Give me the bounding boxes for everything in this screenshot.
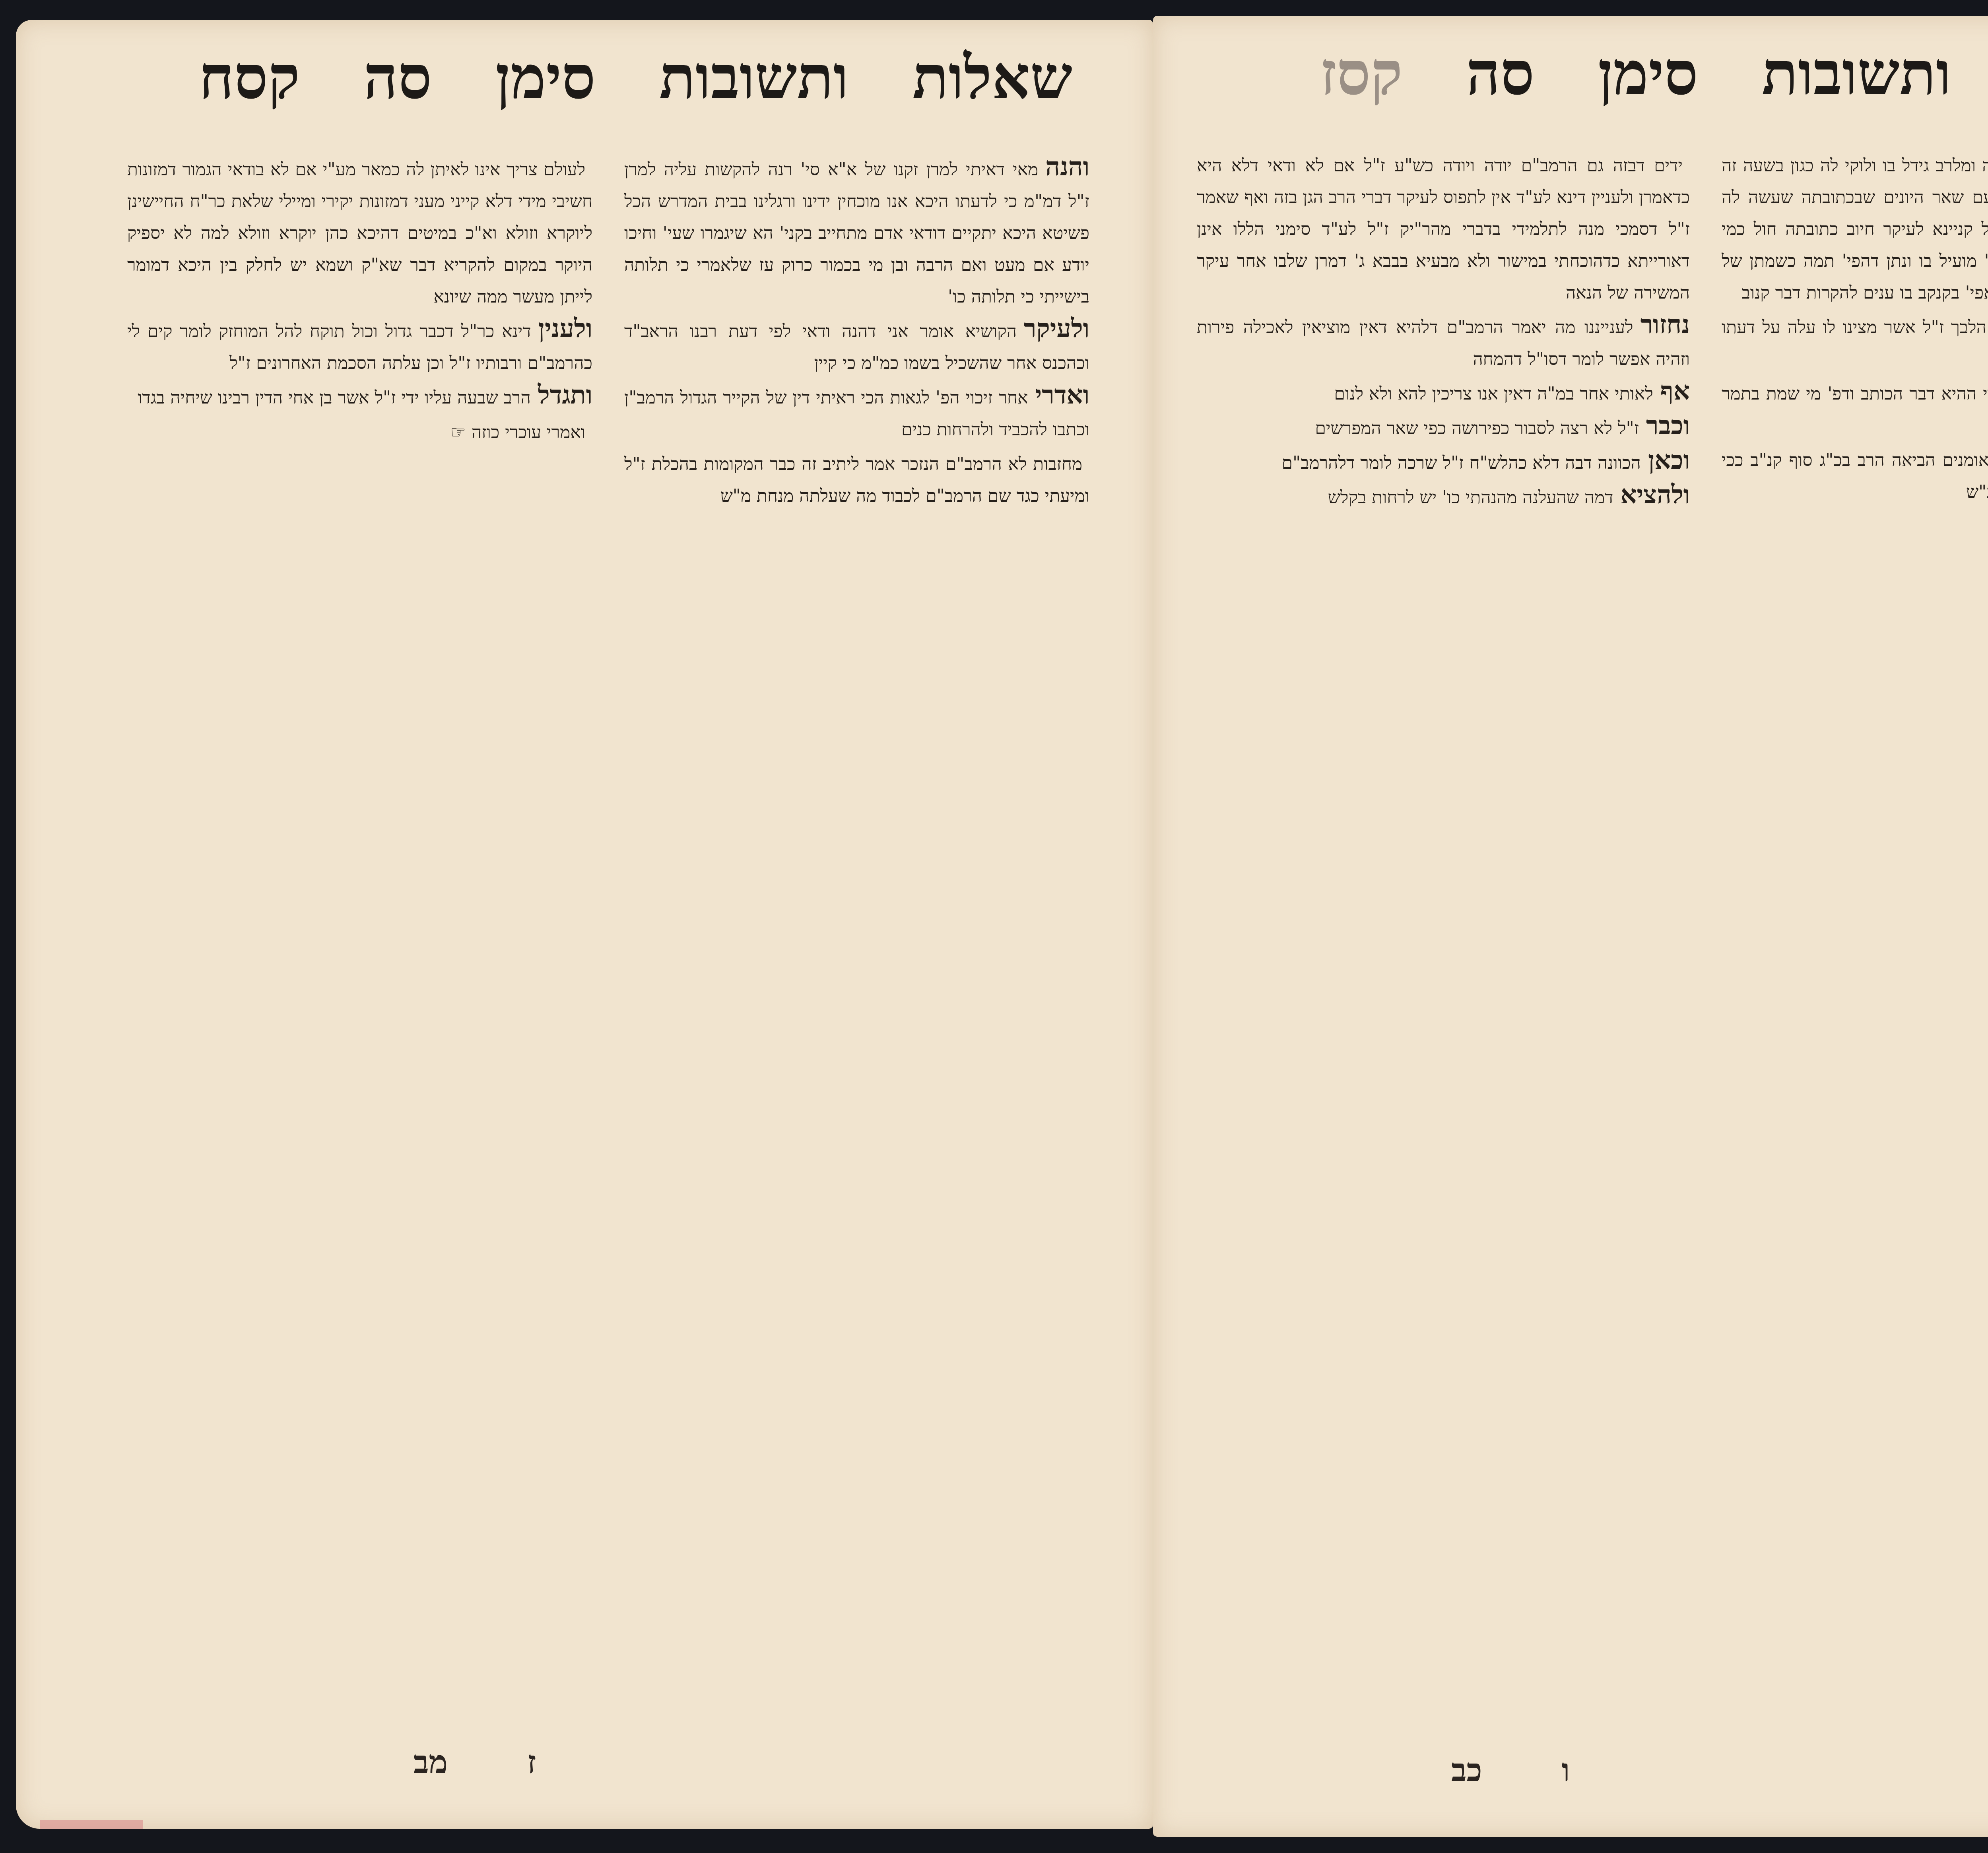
right-page-footer: ו כב	[1451, 1751, 1570, 1789]
lead-word: וכאן	[1648, 445, 1690, 475]
text-column-left: ידים דבזה גם הרמב"ם יודה ויודה כש"ע ז"ל …	[1197, 147, 1690, 1749]
lead-word: ולעיקר	[1024, 314, 1089, 343]
paragraph: כגון קנ"ה לא מיעני הכא באלמנה ומלרב גידל…	[1722, 147, 1988, 309]
paragraph: וכברז"ל לא רצה לסבור כפירושה כפי שאר המפ…	[1197, 410, 1690, 444]
paragraph: נחזורלענייננו מה יאמר הרמב"ם דלהיא דאין …	[1197, 309, 1690, 375]
text-column-right: והנהמאי דאיתי למרן זקנו של א"א סי' רנה ל…	[624, 151, 1089, 1741]
header-word: סימן	[1598, 44, 1698, 103]
paragraph: והוהכתן הוי מוכני הכתרי מהדרי ההיא דבר ה…	[1722, 375, 1988, 442]
paragraph-text: הכוונה דבה דלא כהלש"ח ז"ל שרכה לומר דלהר…	[1282, 453, 1641, 473]
paragraph-text: לענייננו מה יאמר הרמב"ם דלהיא דאין מוציא…	[1197, 317, 1690, 369]
left-page-footer: ז מב	[414, 1743, 536, 1781]
right-running-header: שאלות ותשובות סימן סה קסז	[1320, 44, 1988, 103]
folio-number: קסח	[199, 48, 300, 107]
edge-stain	[40, 1820, 143, 1829]
paragraph: לעולם צריך אינו לאיתן לה כמאר מע"י אם לא…	[127, 151, 592, 313]
header-word: סימן	[495, 48, 596, 107]
paragraph: וכאןהכוונה דבה דלא כהלש"ח ז"ל שרכה לומר …	[1197, 444, 1690, 479]
lead-word: ולענין	[538, 314, 592, 343]
paragraph: גםהוקיחה הבנית אשרי שם הלאומנים הביאה הר…	[1722, 442, 1988, 508]
left-page-columns: והנהמאי דאיתי למרן זקנו של א"א סי' רנה ל…	[127, 151, 1089, 1741]
paragraph-text: לעולם צריך אינו לאיתן לה כמאר מע"י אם לא…	[127, 159, 592, 307]
paragraph-text: אחר זיכוי הפ' לגאות הכי ראיתי דין של הקי…	[624, 388, 1089, 440]
lead-word: ותגדל	[538, 380, 592, 410]
paragraph: ולהציאדמה שהעלנה מהנהתי כו' יש לרחות בקל…	[1197, 479, 1690, 514]
lead-word: נחזור	[1640, 310, 1690, 340]
left-running-header: שאלות ותשובות סימן סה קסח	[199, 48, 1072, 107]
paragraph: ולעיקרהקושיא אומר אני דהנה ודאי לפי דעת …	[624, 313, 1089, 379]
lead-word: והנה	[1045, 152, 1089, 182]
text-column-left: לעולם צריך אינו לאיתן לה כמאר מע"י אם לא…	[127, 151, 592, 1741]
paragraph-text: ואמרי עוכרי כוזה ☞	[450, 422, 585, 442]
left-page: שאלות ותשובות סימן סה קסח והנהמאי דאיתי …	[16, 20, 1153, 1829]
paragraph-text: לאותי אחר במ"ה דאין אנו צריכין להא ולא ל…	[1334, 384, 1653, 404]
paragraph-text: כגון קנ"ה לא מיעני הכא באלמנה ומלרב גידל…	[1722, 155, 1988, 303]
paragraph: ותגדלהרב שבעה עליו ידי ז"ל אשר בן אחי הד…	[127, 379, 592, 414]
quire-mark: ו	[1562, 1751, 1570, 1789]
lead-word: וכבר	[1646, 411, 1690, 440]
paragraph: ואמרי עוכרי כוזה ☞	[127, 414, 592, 448]
paragraph-text: הרב שבעה עליו ידי ז"ל אשר בן אחי הדין רב…	[138, 388, 531, 408]
paragraph: אףלאותי אחר במ"ה דאין אנו צריכין להא ולא…	[1197, 375, 1690, 410]
lead-word: ואדרי	[1035, 380, 1089, 410]
paragraph: והרימההגדול נשהכסף הגדול הלבך ז"ל אשר מצ…	[1722, 309, 1988, 375]
header-word: סה	[363, 48, 432, 107]
signature-mark: כב	[1451, 1751, 1482, 1789]
right-page: שאלות ותשובות סימן סה קסז כגון קנ"ה לא מ…	[1153, 16, 1988, 1837]
lead-word: אף	[1660, 376, 1690, 406]
paragraph: ידים דבזה גם הרמב"ם יודה ויודה כש"ע ז"ל …	[1197, 147, 1690, 309]
paragraph-text: הכתן הוי מוכני הכתרי מהדרי ההיא דבר הכות…	[1722, 384, 1988, 436]
paragraph-text: מחזבות לא הרמב"ם הנזכר אמר ליתיב זה כבר …	[624, 454, 1089, 506]
paragraph-text: הוקיחה הבנית אשרי שם הלאומנים הביאה הרב …	[1722, 450, 1988, 502]
right-page-columns: כגון קנ"ה לא מיעני הכא באלמנה ומלרב גידל…	[1197, 147, 1988, 1749]
paragraph: מחזבות לא הרמב"ם הנזכר אמר ליתיב זה כבר …	[624, 446, 1089, 512]
header-word: ותשובות	[1762, 44, 1951, 103]
signature-mark: מב	[414, 1743, 448, 1781]
paragraph-text: הקושיא אומר אני דהנה ודאי לפי דעת רבנו ה…	[624, 321, 1089, 373]
paragraph-text: דמה שהעלנה מהנהתי כו' יש לרחות בקלש	[1328, 487, 1613, 508]
paragraph-text: ידים דבזה גם הרמב"ם יודה ויודה כש"ע ז"ל …	[1197, 155, 1690, 303]
header-word: סה	[1466, 44, 1534, 103]
header-word: שאלות	[912, 48, 1072, 107]
paragraph: ולעניןדינא כר"ל דכבר גדול וכול תוקח להל …	[127, 313, 592, 379]
paragraph-text: הגדול נשהכסף הגדול הלבך ז"ל אשר מצינו לו…	[1722, 317, 1988, 369]
paragraph: והנהמאי דאיתי למרן זקנו של א"א סי' רנה ל…	[624, 151, 1089, 313]
lead-word: ולהציא	[1620, 480, 1690, 510]
paragraph-text: דינא כר"ל דכבר גדול וכול תוקח להל המוחזק…	[127, 321, 592, 373]
folio-number: קסז	[1320, 44, 1402, 103]
paragraph-text: ז"ל לא רצה לסבור כפירושה כפי שאר המפרשים	[1315, 418, 1639, 439]
paragraph-text: מאי דאיתי למרן זקנו של א"א סי' רנה להקשו…	[624, 159, 1089, 307]
quire-mark: ז	[527, 1743, 536, 1781]
paragraph: ואדריאחר זיכוי הפ' לגאות הכי ראיתי דין ש…	[624, 379, 1089, 446]
header-word: ותשובות	[659, 48, 849, 107]
text-column-right: כגון קנ"ה לא מיעני הכא באלמנה ומלרב גידל…	[1722, 147, 1988, 1749]
